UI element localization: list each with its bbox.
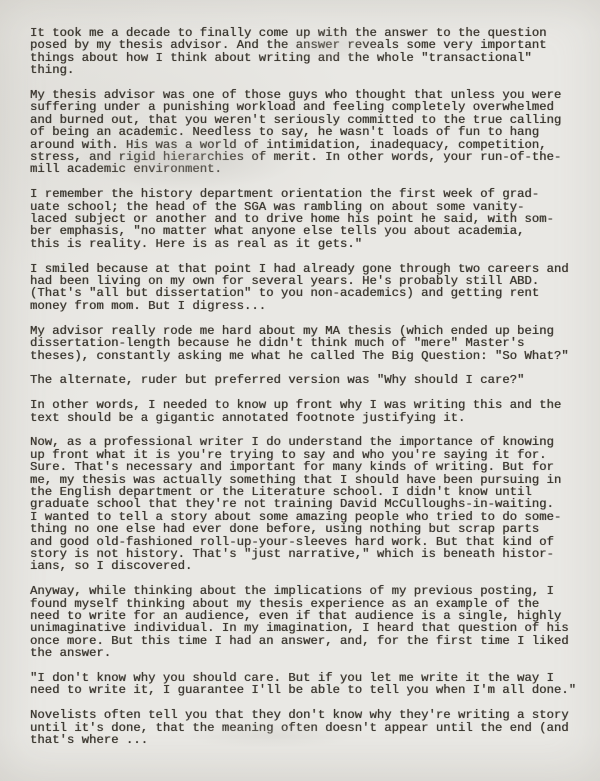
paragraph-quote-answer: "I don't know why you should care. But i… [30, 672, 590, 697]
paragraph-novelists: Novelists often tell you that they don't… [30, 709, 590, 746]
paragraph-smiled: I smiled because at that point I had alr… [30, 263, 590, 313]
paragraph-alternate-version: The alternate, ruder but preferred versi… [30, 374, 590, 386]
paragraph-professional-writer: Now, as a professional writer I do under… [30, 436, 590, 572]
document-body: It took me a decade to finally come up w… [30, 27, 590, 746]
paragraph-orientation: I remember the history department orient… [30, 188, 590, 250]
paragraph-intro: It took me a decade to finally come up w… [30, 27, 590, 77]
typewritten-page: It took me a decade to finally come up w… [0, 0, 600, 781]
paragraph-in-other-words: In other words, I needed to know up fron… [30, 399, 590, 424]
paragraph-advisor-description: My thesis advisor was one of those guys … [30, 89, 590, 176]
paragraph-anyway: Anyway, while thinking about the implica… [30, 585, 590, 659]
paragraph-ma-thesis: My advisor really rode me hard about my … [30, 325, 590, 362]
